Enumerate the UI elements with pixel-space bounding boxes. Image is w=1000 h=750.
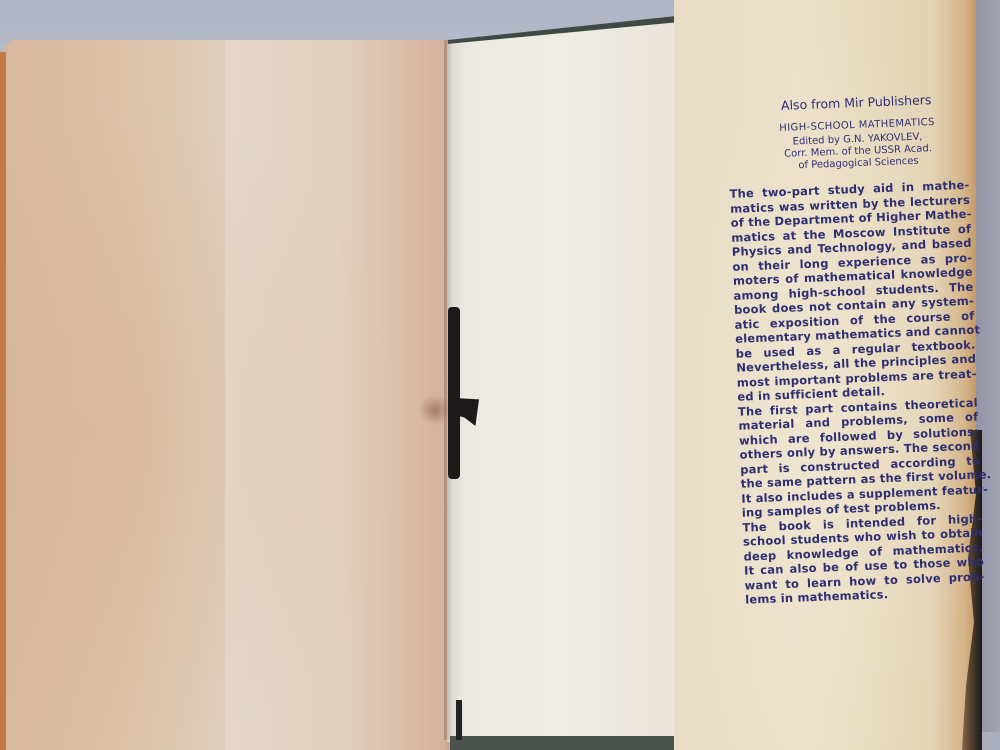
- spine-tear-bottom: [456, 700, 462, 740]
- book-description: The two-part study aid in mathe- matics …: [729, 178, 985, 607]
- left-page-light-band: [225, 40, 445, 750]
- tear-stain: [418, 395, 452, 425]
- spine-tear: [448, 307, 460, 479]
- cover-board-bottom: [450, 736, 690, 750]
- middle-endpaper: [447, 22, 680, 742]
- flap-text-block: Also from Mir Publishers HIGH-SCHOOL MAT…: [726, 91, 985, 607]
- photo-scene: Also from Mir Publishers HIGH-SCHOOL MAT…: [0, 0, 1000, 750]
- left-page-edge: [0, 52, 6, 750]
